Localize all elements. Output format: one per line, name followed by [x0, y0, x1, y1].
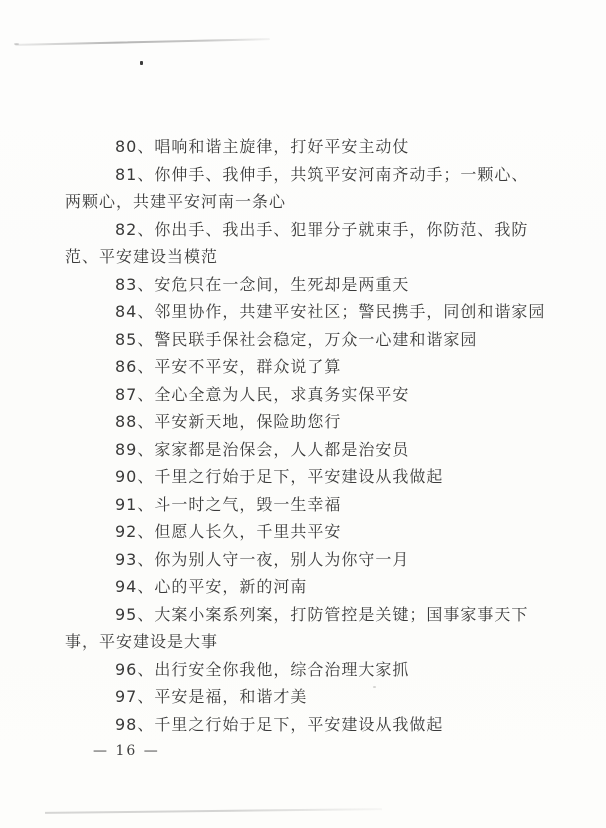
slogan-line: 91、斗一时之气，毁一生幸福 [65, 491, 565, 519]
slogan-line: 97、平安是福，和谐才美 [65, 683, 565, 711]
scan-artifact-line-top [15, 38, 270, 46]
slogan-line: 84、邻里协作，共建平安社区；警民携手，同创和谐家园 [65, 298, 565, 326]
slogan-line: 95、大案小案系列案，打防管控是关键；国事家事天下 [65, 601, 565, 629]
slogan-line: 90、千里之行始于足下，平安建设从我做起 [65, 463, 565, 491]
slogan-line: 93、你为别人守一夜，别人为你守一月 [65, 546, 565, 574]
slogan-line: 92、但愿人长久，千里共平安 [65, 518, 565, 546]
slogan-line: 85、警民联手保社会稳定，万众一心建和谐家园 [65, 326, 565, 354]
page-number: — 16 — [93, 743, 160, 759]
scanned-page: 80、唱响和谐主旋律，打好平安主动仗 81、你伸手、我伸手，共筑平安河南齐动手；… [0, 0, 606, 828]
slogan-line-continuation: 事，平安建设是大事 [65, 628, 565, 656]
slogan-line-continuation: 两颗心，共建平安河南一条心 [65, 188, 565, 216]
slogan-line: 89、家家都是治保会，人人都是治安员 [65, 436, 565, 464]
slogan-list: 80、唱响和谐主旋律，打好平安主动仗 81、你伸手、我伸手，共筑平安河南齐动手；… [65, 133, 565, 738]
slogan-line: 94、心的平安，新的河南 [65, 573, 565, 601]
slogan-line: 80、唱响和谐主旋律，打好平安主动仗 [65, 133, 565, 161]
slogan-line: 83、安危只在一念间，生死却是两重天 [65, 271, 565, 299]
scan-speck [14, 43, 19, 45]
slogan-line: 88、平安新天地，保险助您行 [65, 408, 565, 436]
scan-artifact-line-bottom [45, 808, 382, 813]
slogan-line: 82、你出手、我出手、犯罪分子就束手，你防范、我防 [65, 216, 565, 244]
slogan-line: 81、你伸手、我伸手，共筑平安河南齐动手；一颗心、 [65, 161, 565, 189]
ink-dot-artifact [140, 61, 143, 65]
slogan-line: 86、平安不平安，群众说了算 [65, 353, 565, 381]
slogan-line: 98、千里之行始于足下，平安建设从我做起 [65, 711, 565, 739]
slogan-line-continuation: 范、平安建设当模范 [65, 243, 565, 271]
slogan-line: 87、全心全意为人民，求真务实保平安 [65, 381, 565, 409]
slogan-line: 96、出行安全你我他，综合治理大家抓 [65, 656, 565, 684]
